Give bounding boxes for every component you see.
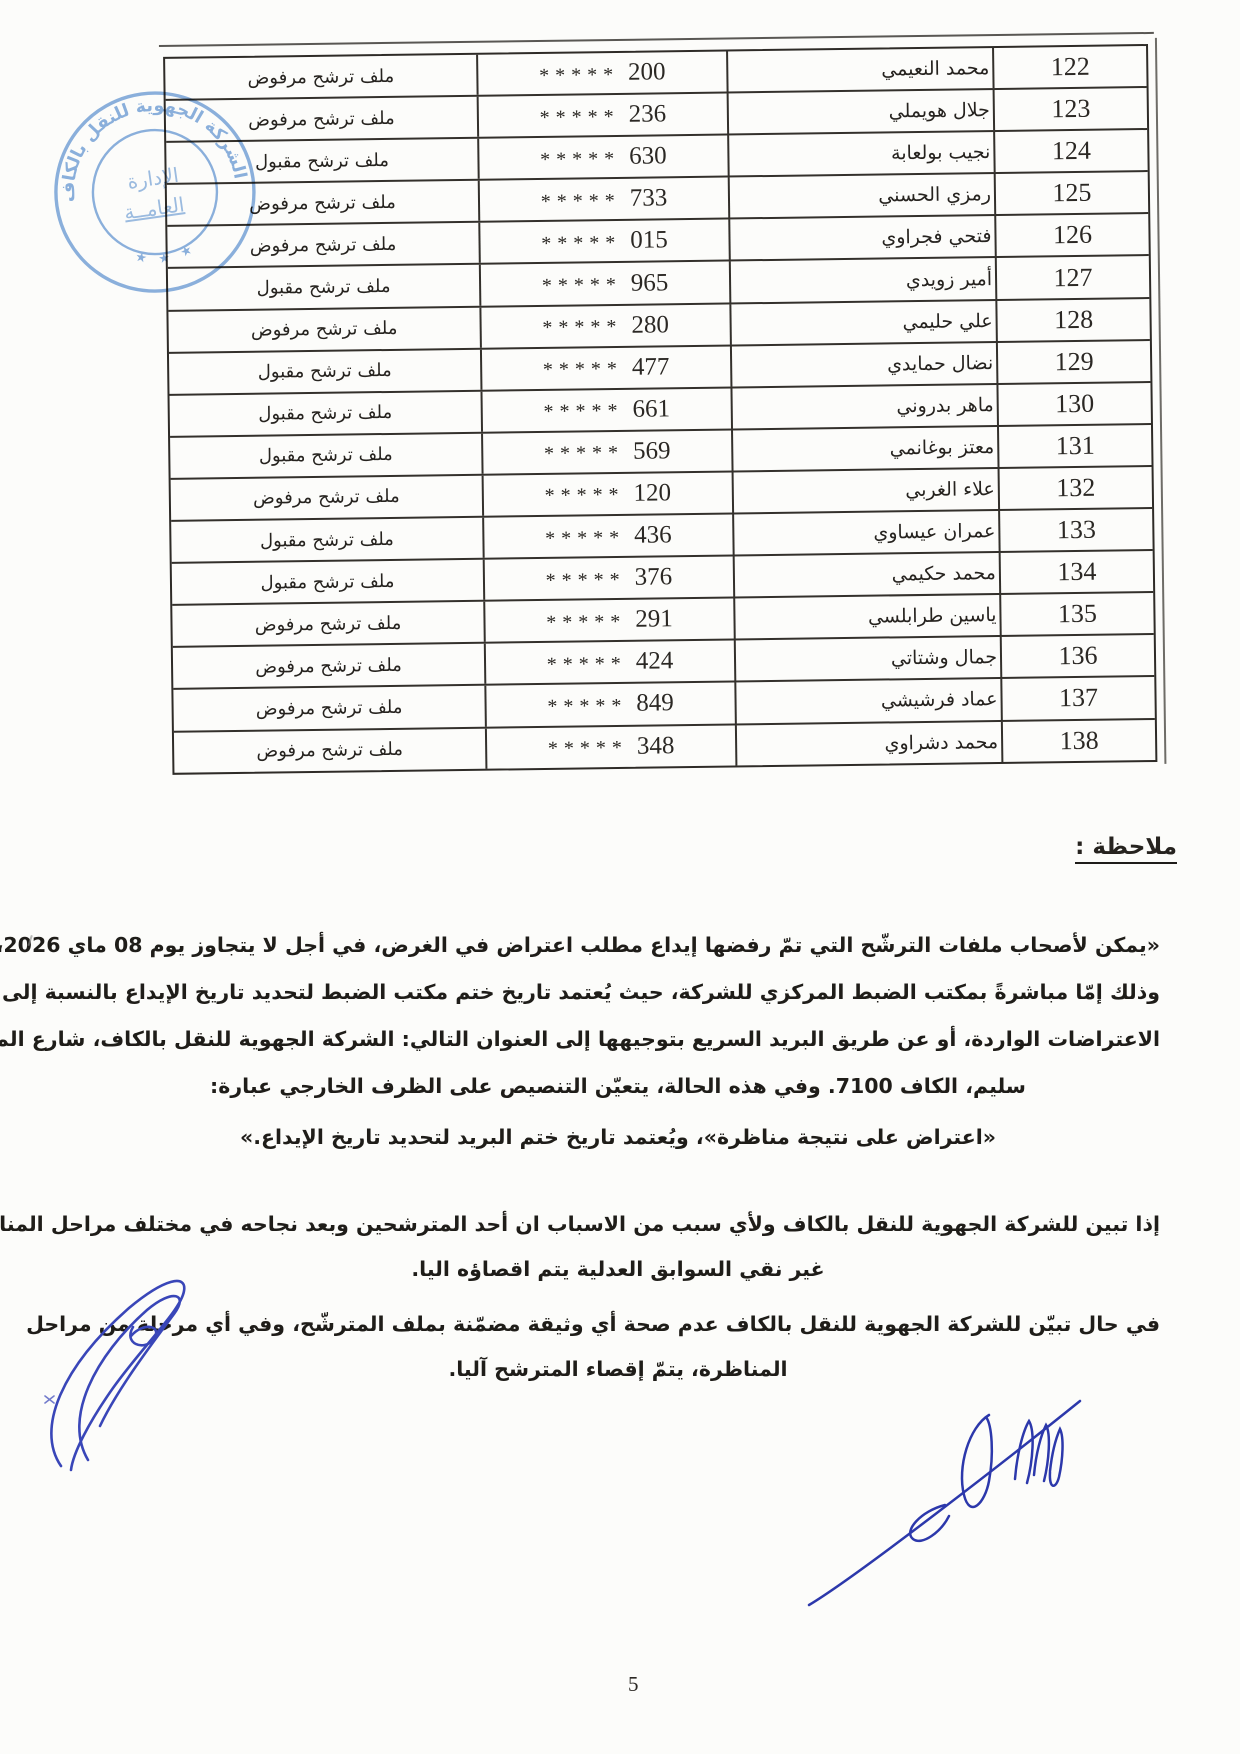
cell-name: جلال هويملي (729, 90, 996, 134)
cell-status: ملف ترشح مرفوض (167, 223, 480, 267)
page-number: 5 (628, 1672, 639, 1697)
masked-digits: 661 (632, 395, 670, 423)
masked-digits: 236 (628, 100, 666, 128)
masked-digits: 965 (631, 269, 669, 297)
cell-name: ياسين طرابلسي (735, 595, 1002, 639)
masked-stars: ***** (542, 274, 622, 298)
cell-masked-id: *****291 (485, 599, 736, 642)
cell-number: 130 (998, 383, 1151, 425)
cell-status: ملف ترشح مقبول (170, 391, 483, 435)
note-p1-line1: «يمكن لأصحاب ملفات الترشّح التي تمّ رفضه… (76, 933, 1160, 957)
masked-stars: ***** (544, 442, 624, 466)
cell-number: 134 (1001, 551, 1154, 593)
note-p1-line5: «اعتراض على نتيجة مناظرة»، ويُعتمد تاريخ… (76, 1125, 1160, 1149)
cell-number: 123 (995, 88, 1148, 130)
cell-status: ملف ترشح مرفوض (173, 644, 486, 688)
scanned-document-page: 122 محمد النعيمي *****200 ملف ترشح مرفوض… (0, 0, 1240, 1754)
cell-number: 127 (997, 256, 1150, 298)
cell-status: ملف ترشح مقبول (166, 139, 479, 183)
cell-masked-id: *****569 (483, 430, 734, 473)
masked-stars: ***** (546, 611, 626, 635)
cell-name: أمير زويدي (731, 258, 998, 302)
cell-masked-id: *****436 (484, 514, 735, 557)
masked-stars: ***** (546, 569, 626, 593)
cell-status: ملف ترشح مقبول (172, 560, 485, 604)
note-p1-line3: الاعتراضات الواردة، أو عن طريق البريد ال… (76, 1027, 1160, 1051)
masked-digits: 436 (634, 521, 672, 549)
masked-digits: 569 (633, 437, 671, 465)
masked-digits: 120 (633, 479, 671, 507)
masked-digits: 376 (635, 563, 673, 591)
cell-number: 128 (997, 299, 1150, 341)
note-p2-line4: المناظرة، يتمّ إقصاء المترشح آليا. (76, 1357, 1160, 1381)
masked-stars: ***** (540, 106, 620, 130)
cell-number: 135 (1001, 593, 1154, 635)
cell-masked-id: *****120 (484, 472, 735, 515)
cell-status: ملف ترشح مرفوض (168, 307, 481, 351)
masked-digits: 477 (632, 353, 670, 381)
masked-stars: ***** (547, 695, 627, 719)
cell-masked-id: *****733 (480, 178, 731, 221)
note-p2-line1: إذا تبين للشركة الجهوية للنقل بالكاف ولأ… (76, 1212, 1160, 1236)
cell-masked-id: *****965 (481, 262, 732, 305)
cell-name: جمال وشتاتي (736, 637, 1003, 681)
masked-stars: ***** (544, 484, 624, 508)
cell-name: عماد فرشيشي (736, 679, 1003, 723)
masked-digits: 424 (636, 648, 674, 676)
cell-masked-id: *****630 (479, 136, 730, 179)
masked-digits: 348 (637, 732, 675, 760)
notes-heading: ملاحظة : (1075, 834, 1177, 864)
cell-name: نجيب بولعابة (729, 132, 996, 176)
cell-masked-id: *****849 (486, 683, 737, 726)
masked-stars: ***** (542, 316, 622, 340)
cell-number: 122 (994, 46, 1147, 88)
cell-number: 124 (995, 130, 1148, 172)
cell-number: 138 (1003, 719, 1156, 761)
cell-name: محمد النعيمي (728, 48, 995, 92)
cell-status: ملف ترشح مرفوض (167, 181, 480, 225)
cell-status: ملف ترشح مرفوض (173, 686, 486, 730)
cell-number: 133 (1000, 509, 1153, 551)
masked-digits: 291 (635, 606, 673, 634)
cell-masked-id: *****661 (482, 388, 733, 431)
cell-masked-id: *****236 (479, 94, 730, 137)
masked-digits: 630 (629, 143, 667, 171)
cell-status: ملف ترشح مرفوض (165, 55, 478, 99)
cell-name: علي حليمي (731, 301, 998, 345)
results-table-wrap: 122 محمد النعيمي *****200 ملف ترشح مرفوض… (163, 44, 1157, 774)
results-table: 122 محمد النعيمي *****200 ملف ترشح مرفوض… (163, 44, 1157, 774)
cell-name: ماهر بدروني (732, 385, 999, 429)
masked-stars: ***** (540, 148, 620, 172)
cell-number: 137 (1002, 677, 1155, 719)
cell-name: معتز بوغانمي (733, 427, 1000, 471)
note-p1-line2: وذلك إمّا مباشرةً بمكتب الضبط المركزي لل… (76, 980, 1160, 1004)
cell-status: ملف ترشح مقبول (171, 518, 484, 562)
cell-status: ملف ترشح مرفوض (174, 728, 487, 772)
masked-digits: 280 (631, 311, 669, 339)
cell-name: علاء الغربي (734, 469, 1001, 513)
cell-number: 131 (999, 425, 1152, 467)
note-p2-line3: في حال تبيّن للشركة الجهوية للنقل بالكاف… (76, 1312, 1160, 1336)
masked-stars: ***** (547, 653, 627, 677)
cell-masked-id: *****376 (485, 557, 736, 600)
masked-digits: 733 (630, 185, 668, 213)
cell-masked-id: *****424 (486, 641, 737, 684)
cell-status: ملف ترشح مقبول (170, 434, 483, 478)
cell-masked-id: *****015 (480, 220, 731, 263)
cell-name: محمد دشراوي (737, 721, 1004, 765)
cell-name: رمزي الحسني (730, 174, 997, 218)
masked-stars: ***** (543, 400, 623, 424)
cell-status: ملف ترشح مقبول (169, 349, 482, 393)
masked-stars: ***** (548, 737, 628, 761)
cell-number: 132 (1000, 467, 1153, 509)
cell-number: 126 (996, 214, 1149, 256)
masked-digits: 849 (636, 690, 674, 718)
cell-name: فتحي فجراوي (730, 216, 997, 260)
signature-right (793, 1383, 1093, 1613)
cell-name: عمران عيساوي (734, 511, 1001, 555)
cell-status: ملف ترشح مرفوض (171, 476, 484, 520)
cell-status: ملف ترشح مقبول (168, 265, 481, 309)
cell-masked-id: *****200 (478, 51, 729, 94)
masked-stars: ***** (545, 526, 625, 550)
cell-masked-id: *****280 (481, 304, 732, 347)
masked-digits: 200 (628, 58, 666, 86)
cell-name: محمد حكيمي (735, 553, 1002, 597)
note-p2-line2: غير نقي السوابق العدلية يتم اقصاؤه اليا. (76, 1257, 1160, 1281)
cell-number: 125 (996, 172, 1149, 214)
cell-number: 136 (1002, 635, 1155, 677)
cell-number: 129 (998, 341, 1151, 383)
cell-masked-id: *****348 (487, 725, 738, 768)
note-p1-line4: سليم، الكاف 7100. وفي هذه الحالة، يتعيّن… (76, 1074, 1160, 1098)
cell-status: ملف ترشح مرفوض (172, 602, 485, 646)
masked-digits: 015 (630, 227, 668, 255)
masked-stars: ***** (539, 63, 619, 87)
masked-stars: ***** (541, 190, 621, 214)
cell-name: نضال حمايدي (732, 343, 999, 387)
masked-stars: ***** (543, 358, 623, 382)
cell-status: ملف ترشح مرفوض (166, 97, 479, 141)
masked-stars: ***** (541, 232, 621, 256)
cell-masked-id: *****477 (482, 346, 733, 389)
